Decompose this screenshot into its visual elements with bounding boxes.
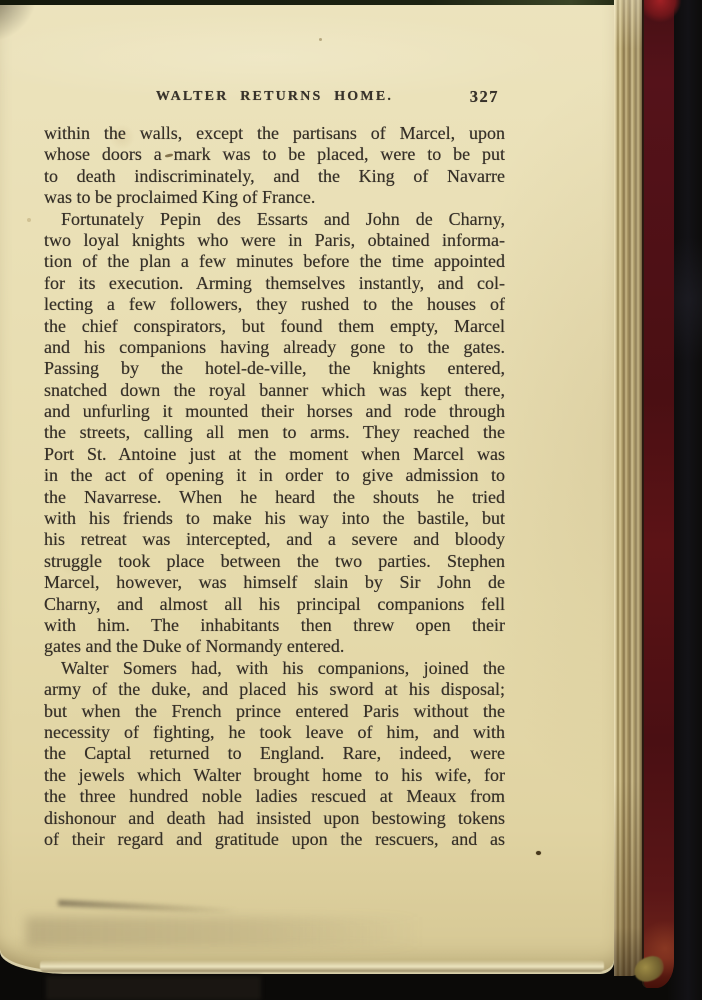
text-line: and his companions having already gone t… <box>44 337 505 358</box>
book-scan: WALTER RETURNS HOME. 327 within the wall… <box>0 0 702 1000</box>
text-line: in the act of opening it in order to giv… <box>44 465 505 486</box>
page-edge-shadow <box>58 900 238 914</box>
text-line: two loyal knights who were in Paris, obt… <box>44 230 505 251</box>
text-line: snatched down the royal banner which was… <box>44 380 505 401</box>
running-title: WALTER RETURNS HOME. <box>44 89 505 105</box>
text-line: the Navarrese. When he heard the shouts … <box>44 487 505 508</box>
text-line: Walter Somers had, with his companions, … <box>44 658 505 679</box>
foxing-spot <box>27 218 31 222</box>
text-line: tion of the plan a few minutes before th… <box>44 251 505 272</box>
book-page: WALTER RETURNS HOME. 327 within the wall… <box>0 5 614 974</box>
text-line: of their regard and gratitude upon the r… <box>44 829 505 850</box>
text-line: but when the French prince entered Paris… <box>44 701 505 722</box>
text-line: the jewels which Walter brought home to … <box>44 765 505 786</box>
text-line: the three hundred noble ladies rescued a… <box>44 786 505 807</box>
text-line: within the walls, except the partisans o… <box>44 123 505 144</box>
text-line: Port St. Antoine just at the moment when… <box>44 444 505 465</box>
text-line: the chief conspirators, but found them e… <box>44 316 505 337</box>
ink-speck <box>536 851 541 855</box>
page-edge-shadow <box>26 917 466 947</box>
text-line: lecting a few followers, they rushed to … <box>44 294 505 315</box>
text-line: and unfurling it mounted their horses an… <box>44 401 505 422</box>
text-line: struggle took place between the two part… <box>44 551 505 572</box>
text-line: Passing by the hotel-de-ville, the knigh… <box>44 358 505 379</box>
text-block: within the walls, except the partisans o… <box>44 123 505 850</box>
text-line: necessity of fighting, he took leave of … <box>44 722 505 743</box>
text-line: to death indiscriminately, and the King … <box>44 166 505 187</box>
text-line: army of the duke, and placed his sword a… <box>44 679 505 700</box>
page-number: 327 <box>470 87 499 107</box>
text-line: with him. The inhabitants then threw ope… <box>44 615 505 636</box>
text-line: Charny, and almost all his principal com… <box>44 594 505 615</box>
shadow-patch <box>46 976 261 1000</box>
text-line: with his friends to make his way into th… <box>44 508 505 529</box>
book-cover-edge <box>642 0 674 988</box>
text-line: gates and the Duke of Normandy entered. <box>44 636 505 657</box>
text-line: for its execution. Arming themselves ins… <box>44 273 505 294</box>
ink-speck <box>319 38 322 41</box>
text-line: was to be proclaimed King of France. <box>44 187 505 208</box>
cover-corner-red <box>644 0 690 36</box>
text-line: Fortunately Pepin des Essarts and John d… <box>44 209 505 230</box>
page-header: WALTER RETURNS HOME. 327 <box>44 89 505 113</box>
text-line: dishonour and death had insisted upon be… <box>44 808 505 829</box>
text-line: whose doors a mark was to be placed, wer… <box>44 144 505 165</box>
text-line: the Captal returned to England. Rare, in… <box>44 743 505 764</box>
text-line: his retreat was intercepted, and a sever… <box>44 529 505 550</box>
page-fore-edges <box>614 0 642 976</box>
text-line: Marcel, however, was himself slain by Si… <box>44 572 505 593</box>
text-line: the streets, calling all men to arms. Th… <box>44 422 505 443</box>
